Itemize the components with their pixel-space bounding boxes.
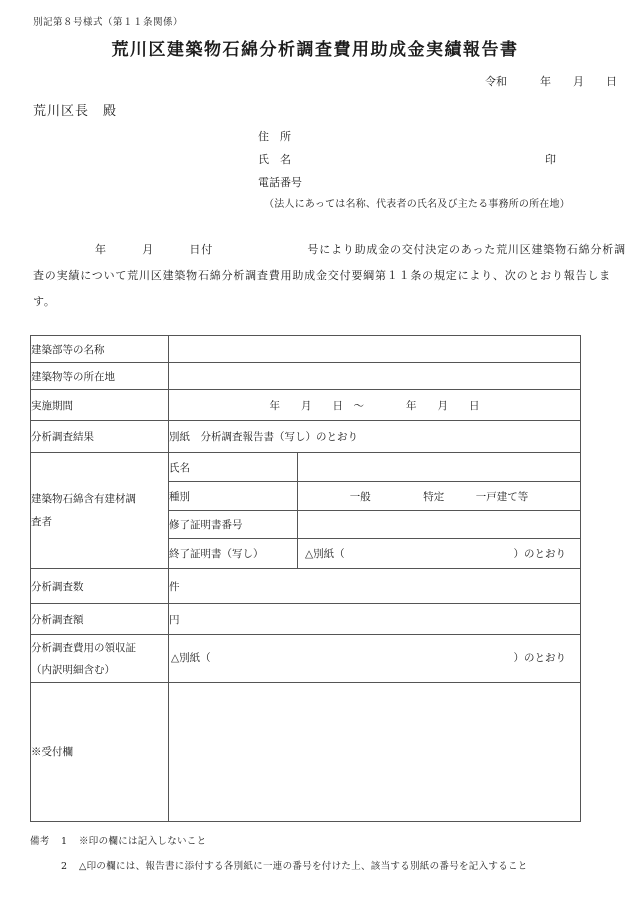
row-period-label: 実施期間	[31, 390, 169, 421]
addressee: 荒川区長 殿	[0, 100, 630, 119]
applicant-name-line: 氏 名 印	[258, 148, 630, 171]
surveyor-cert-copy-value: △別紙（ ）のとおり	[298, 539, 581, 569]
form-number: 別記第８号様式（第１１条関係）	[0, 0, 630, 28]
note-1: 備考 1 ※印の欄には記入しないこと	[30, 834, 630, 849]
date-line: 令和 年 月 日	[0, 73, 630, 89]
note-2-text: △印の欄には、報告書に添付する各別紙に一連の番号を付けた上、該当する別紙の番号を…	[79, 859, 630, 874]
surveyor-cert-number-label: 修了証明書番号	[169, 511, 298, 539]
receipt-label-line1: 分析調査費用の領収証	[31, 637, 168, 659]
row-period-value: 年 月 日 ～ 年 月 日	[169, 390, 581, 421]
surveyor-name-value	[298, 453, 581, 482]
row-building-location-value	[169, 363, 581, 390]
row-amount-unit: 円	[169, 604, 581, 635]
cert-copy-suffix: ）のとおり	[514, 546, 567, 561]
surveyor-cert-number-value	[298, 511, 581, 539]
surveyor-name-label: 氏名	[169, 453, 298, 482]
note-2-number: 2	[61, 859, 79, 874]
row-surveyor-name: 建築物石綿含有建材調 査者 氏名	[31, 453, 581, 482]
receipt-suffix: ）のとおり	[514, 647, 567, 670]
row-amount: 分析調査額 円	[31, 604, 581, 635]
applicant-address-line: 住 所	[258, 125, 630, 148]
row-result-value: 別紙 分析調査報告書（写し）のとおり	[169, 421, 581, 453]
document-page: 別記第８号様式（第１１条関係） 荒川区建築物石綿分析調査費用助成金実績報告書 令…	[0, 0, 630, 903]
row-count: 分析調査数 件	[31, 569, 581, 604]
receipt-prefix: △別紙（	[171, 647, 211, 670]
row-count-unit: 件	[169, 569, 581, 604]
row-building-location-label: 建築物等の所在地	[31, 363, 169, 390]
receipt-label-line2: （内訳明細含む）	[31, 659, 168, 681]
surveyor-type-label: 種別	[169, 482, 298, 511]
row-result: 分析調査結果 別紙 分析調査報告書（写し）のとおり	[31, 421, 581, 453]
row-reception-value	[169, 683, 581, 822]
note-heading: 備考	[30, 834, 61, 849]
row-period: 実施期間 年 月 日 ～ 年 月 日	[31, 390, 581, 421]
row-count-label: 分析調査数	[31, 569, 169, 604]
row-reception: ※受付欄	[31, 683, 581, 822]
row-receipt-value: △別紙（ ）のとおり	[169, 635, 581, 683]
corporate-note: （法人にあっては名称、代表者の氏名及び主たる事務所の所在地）	[0, 195, 630, 210]
row-building-location: 建築物等の所在地	[31, 363, 581, 390]
row-building-name-value	[169, 336, 581, 363]
body-line-2: 査の実績について荒川区建築物石綿分析調査費用助成金交付要綱第１１条の規定により、…	[33, 263, 630, 315]
address-label: 住 所	[258, 130, 291, 143]
surveyor-type-value: 一般 特定 一戸建て等	[298, 482, 581, 511]
report-table: 建築部等の名称 建築物等の所在地 実施期間 年 月 日 ～ 年 月 日 分析調査…	[30, 335, 581, 822]
phone-label: 電話番号	[258, 176, 302, 189]
row-reception-label: ※受付欄	[31, 683, 169, 822]
note-1-number: 1	[61, 834, 79, 849]
surveyor-label-line2: 査者	[31, 511, 168, 534]
page-title: 荒川区建築物石綿分析調査費用助成金実績報告書	[0, 35, 630, 60]
row-building-name-label: 建築部等の名称	[31, 336, 169, 363]
row-amount-label: 分析調査額	[31, 604, 169, 635]
body-line-1: 年 月 日付 号により助成金の交付決定のあった荒川区建築物石綿分析調	[33, 237, 630, 263]
applicant-block: 住 所 氏 名 印 電話番号	[0, 125, 630, 194]
note-1-text: ※印の欄には記入しないこと	[79, 834, 630, 849]
notes-section: 備考 1 ※印の欄には記入しないこと 2 △印の欄には、報告書に添付する各別紙に…	[30, 834, 630, 874]
body-paragraph: 年 月 日付 号により助成金の交付決定のあった荒川区建築物石綿分析調 査の実績に…	[33, 237, 630, 315]
cert-copy-prefix: △別紙（	[305, 546, 345, 561]
row-surveyor-label: 建築物石綿含有建材調 査者	[31, 453, 169, 569]
note-2-spacer	[30, 859, 61, 874]
note-2: 2 △印の欄には、報告書に添付する各別紙に一連の番号を付けた上、該当する別紙の番…	[30, 859, 630, 874]
row-receipt: 分析調査費用の領収証 （内訳明細含む） △別紙（ ）のとおり	[31, 635, 581, 683]
surveyor-label-line1: 建築物石綿含有建材調	[31, 488, 168, 511]
row-receipt-label: 分析調査費用の領収証 （内訳明細含む）	[31, 635, 169, 683]
row-result-label: 分析調査結果	[31, 421, 169, 453]
seal-label: 印	[545, 148, 556, 171]
name-label: 氏 名	[258, 153, 291, 166]
surveyor-cert-copy-label: 終了証明書（写し）	[169, 539, 298, 569]
row-building-name: 建築部等の名称	[31, 336, 581, 363]
applicant-phone-line: 電話番号	[258, 171, 630, 194]
